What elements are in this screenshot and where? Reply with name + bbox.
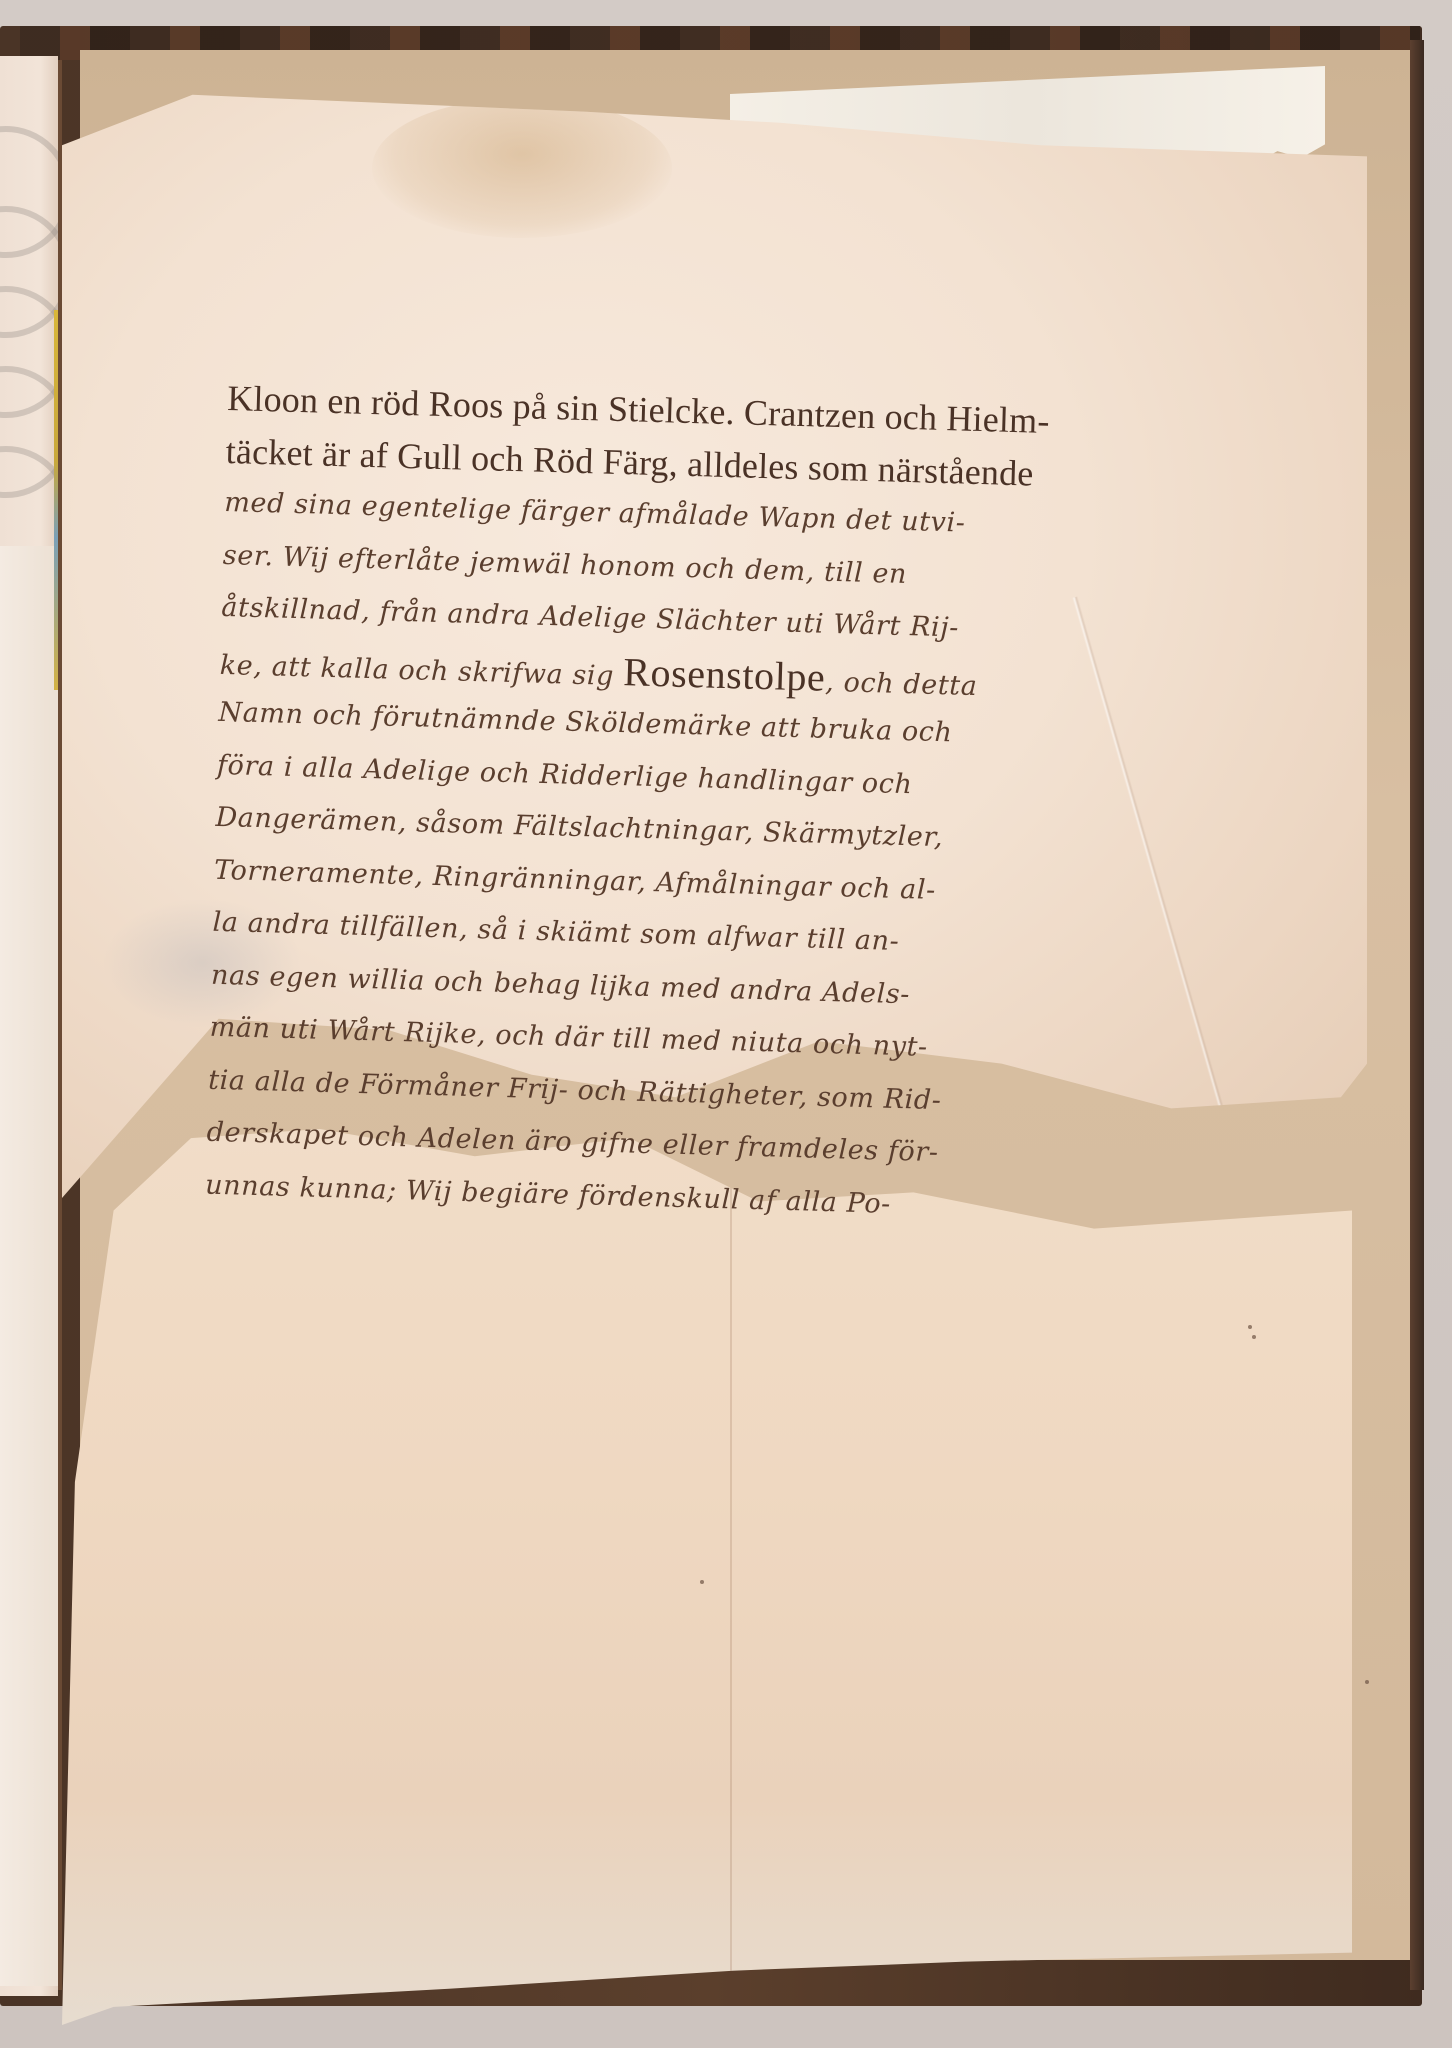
previous-page-edge xyxy=(0,56,58,1996)
paper-speck xyxy=(1248,1325,1252,1329)
spine-line xyxy=(58,60,62,1990)
family-name: Rosenstolpe xyxy=(623,649,826,700)
previous-page-lower-sheet xyxy=(0,546,58,1986)
text-line-segment: , och detta xyxy=(825,666,978,701)
water-stain xyxy=(372,98,672,238)
manuscript-text: Kloon en röd Roos på sin Stielcke. Crant… xyxy=(205,372,1148,1237)
paper-speck xyxy=(1365,1680,1369,1684)
paper-speck xyxy=(700,1580,704,1584)
fold-line xyxy=(730,1120,732,2025)
paper-speck xyxy=(1252,1335,1256,1339)
text-line-segment: ke, att kalla och skrifwa sig xyxy=(219,649,614,691)
blank-lower-leaf xyxy=(62,1120,1352,2025)
right-binding-edge xyxy=(1410,40,1424,1990)
